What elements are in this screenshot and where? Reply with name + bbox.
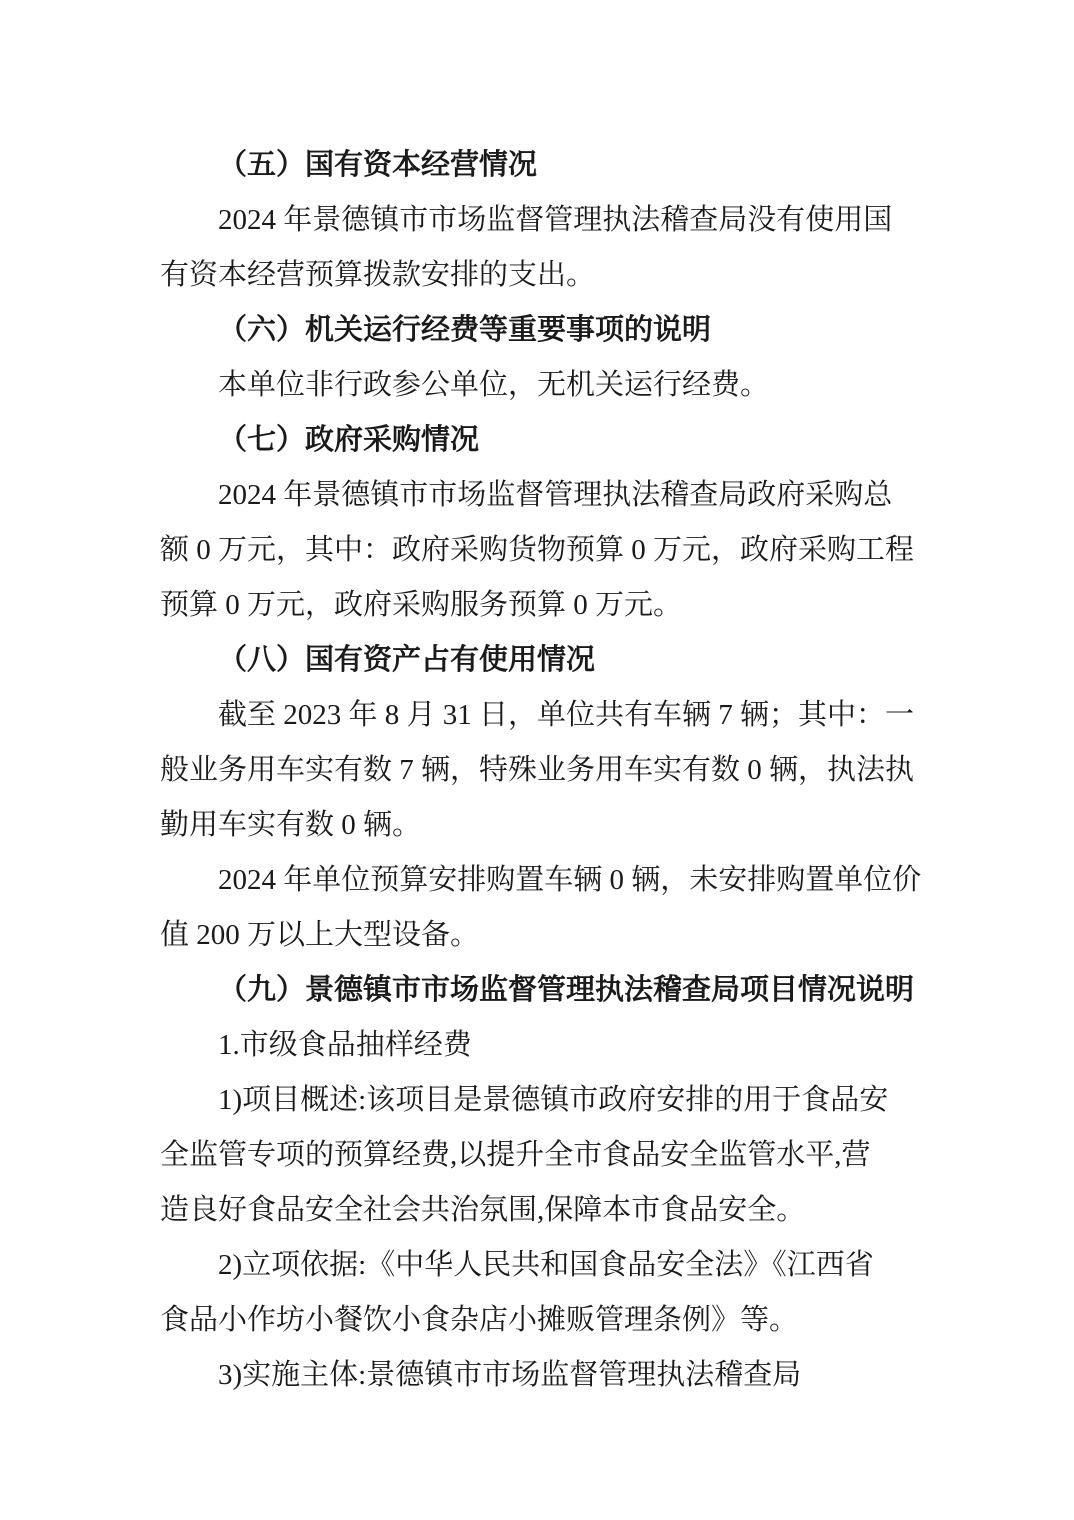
- document-body: （五）国有资本经营情况2024 年景德镇市市场监督管理执法稽查局没有使用国有资本…: [160, 138, 916, 1403]
- text-line: 2024 年景德镇市市场监督管理执法稽查局没有使用国: [160, 193, 916, 248]
- section-heading: （七）政府采购情况: [160, 413, 916, 468]
- section-heading: （六）机关运行经费等重要事项的说明: [160, 303, 916, 358]
- text-line: 勤用车实有数 0 辆。: [160, 798, 916, 853]
- text-line: 截至 2023 年 8 月 31 日，单位共有车辆 7 辆；其中：一: [160, 688, 916, 743]
- text-line: 食品小作坊小餐饮小食杂店小摊贩管理条例》等。: [160, 1293, 916, 1348]
- text-line: 2)立项依据:《中华人民共和国食品安全法》《江西省: [160, 1238, 916, 1293]
- text-line: 3)实施主体:景德镇市市场监督管理执法稽查局: [160, 1348, 916, 1403]
- text-line: 预算 0 万元，政府采购服务预算 0 万元。: [160, 578, 916, 633]
- text-line: 本单位非行政参公单位，无机关运行经费。: [160, 358, 916, 413]
- section-heading: （八）国有资产占有使用情况: [160, 633, 916, 688]
- text-line: 有资本经营预算拨款安排的支出。: [160, 248, 916, 303]
- section-heading: （五）国有资本经营情况: [160, 138, 916, 193]
- text-line: 般业务用车实有数 7 辆，特殊业务用车实有数 0 辆，执法执: [160, 743, 916, 798]
- document-page: （五）国有资本经营情况2024 年景德镇市市场监督管理执法稽查局没有使用国有资本…: [0, 0, 1074, 1520]
- text-line: 值 200 万以上大型设备。: [160, 908, 916, 963]
- text-line: 2024 年景德镇市市场监督管理执法稽查局政府采购总: [160, 468, 916, 523]
- text-line: 1.市级食品抽样经费: [160, 1018, 916, 1073]
- text-line: 1)项目概述:该项目是景德镇市政府安排的用于食品安: [160, 1073, 916, 1128]
- text-line: 2024 年单位预算安排购置车辆 0 辆，未安排购置单位价: [160, 853, 916, 908]
- text-line: 额 0 万元，其中：政府采购货物预算 0 万元，政府采购工程: [160, 523, 916, 578]
- text-line: 全监管专项的预算经费,以提升全市食品安全监管水平,营: [160, 1128, 916, 1183]
- section-heading: （九）景德镇市市场监督管理执法稽查局项目情况说明: [160, 963, 916, 1018]
- text-line: 造良好食品安全社会共治氛围,保障本市食品安全。: [160, 1183, 916, 1238]
